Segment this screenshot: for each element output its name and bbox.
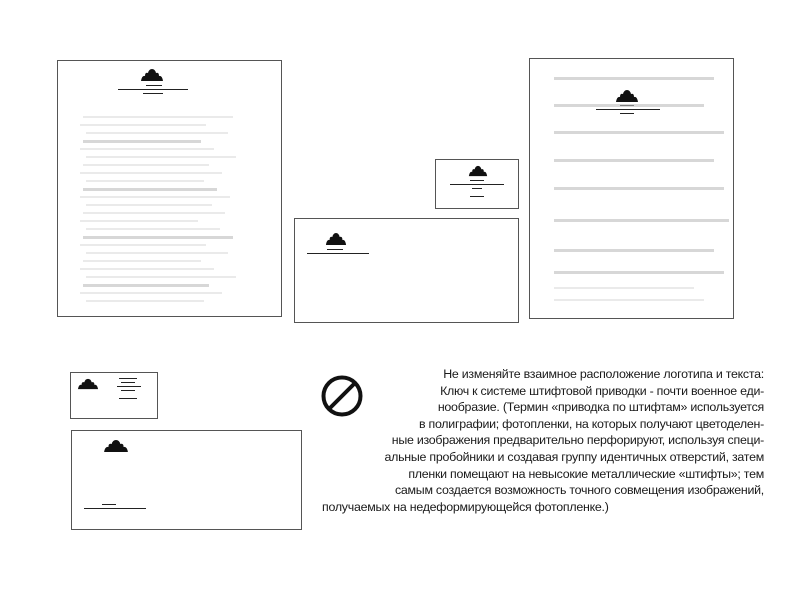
ghost-text-line	[86, 228, 220, 230]
company-name-line	[470, 180, 484, 181]
ghost-text-line	[83, 164, 209, 166]
lotus-logo-icon	[77, 378, 99, 390]
letterhead-right	[529, 58, 734, 319]
business-card-top	[435, 159, 519, 209]
warning-line: получаемых на недеформирующейся фотоплен…	[322, 499, 764, 516]
warning-line: пленки помещают на невысокие металлическ…	[322, 466, 764, 483]
letterhead-left	[57, 60, 282, 317]
warning-line: самым создается возможность точного совм…	[322, 482, 764, 499]
phone-line	[143, 93, 163, 94]
ghost-text-line	[554, 187, 724, 190]
ghost-text-line	[83, 140, 201, 143]
ghost-text-line	[80, 148, 214, 150]
ghost-text-line	[554, 104, 704, 107]
ghost-text-line	[86, 204, 212, 206]
ghost-text-line	[83, 188, 217, 191]
address-line	[118, 89, 188, 90]
phone-line	[620, 113, 634, 114]
ghost-text-line	[554, 249, 714, 252]
ghost-text-line	[86, 156, 236, 158]
ghost-text-line	[83, 212, 225, 214]
ghost-text-line	[83, 260, 201, 262]
phone-line	[121, 390, 135, 391]
lotus-logo-icon	[325, 232, 347, 246]
ghost-text-line	[80, 124, 206, 126]
warning-line: альные пробойники и создавая группу иден…	[322, 449, 764, 466]
lotus-logo-icon	[140, 68, 164, 82]
ghost-text-line	[80, 196, 230, 198]
business-card-bottom	[70, 372, 158, 419]
company-name-line	[327, 249, 343, 250]
warning-line: Ключ к системе штифтовой приводки - почт…	[322, 383, 764, 400]
ghost-text-line	[80, 292, 222, 294]
address-line	[596, 109, 660, 110]
ghost-text-line	[83, 284, 209, 287]
company-name-line	[146, 85, 162, 86]
ghost-text-line	[80, 172, 222, 174]
address-line-1	[121, 382, 135, 383]
ghost-text-line	[86, 300, 204, 302]
address-line-2	[117, 386, 141, 387]
envelope-top	[294, 218, 519, 323]
ghost-text-line	[554, 131, 724, 134]
warning-line: нообразие. (Термин «приводка по штифтам»…	[322, 399, 764, 416]
address-line	[307, 253, 369, 254]
lotus-logo-icon	[103, 439, 129, 453]
warning-line: в полиграфии; фотопленки, на которых пол…	[322, 416, 764, 433]
ghost-text-line	[80, 244, 206, 246]
warning-text: Не изменяйте взаимное расположение логот…	[322, 366, 764, 515]
ghost-text-line	[86, 132, 228, 134]
address-line	[84, 508, 146, 509]
lotus-logo-icon	[468, 165, 488, 177]
ghost-text-line	[86, 276, 236, 278]
ghost-text-line	[80, 268, 214, 270]
ghost-text-line	[554, 299, 704, 301]
ghost-text-line	[83, 116, 233, 118]
company-name-line	[119, 378, 137, 379]
ghost-text-line	[86, 180, 204, 182]
company-name-line	[102, 504, 116, 505]
ghost-text-line	[83, 236, 233, 239]
phone-line	[472, 188, 482, 189]
person-name-line	[470, 196, 484, 197]
envelope-bottom	[71, 430, 302, 530]
warning-line: ные изображения предварительно перфориру…	[322, 432, 764, 449]
address-line	[450, 184, 504, 185]
person-name-line	[119, 398, 137, 399]
ghost-text-line	[86, 252, 228, 254]
ghost-text-line	[80, 220, 198, 222]
warning-title: Не изменяйте взаимное расположение логот…	[322, 366, 764, 383]
ghost-text-line	[554, 159, 714, 162]
ghost-text-line	[554, 219, 729, 222]
ghost-text-line	[554, 77, 714, 80]
ghost-text-line	[554, 271, 724, 274]
lotus-logo-icon	[615, 89, 639, 103]
ghost-text-line	[554, 287, 694, 289]
